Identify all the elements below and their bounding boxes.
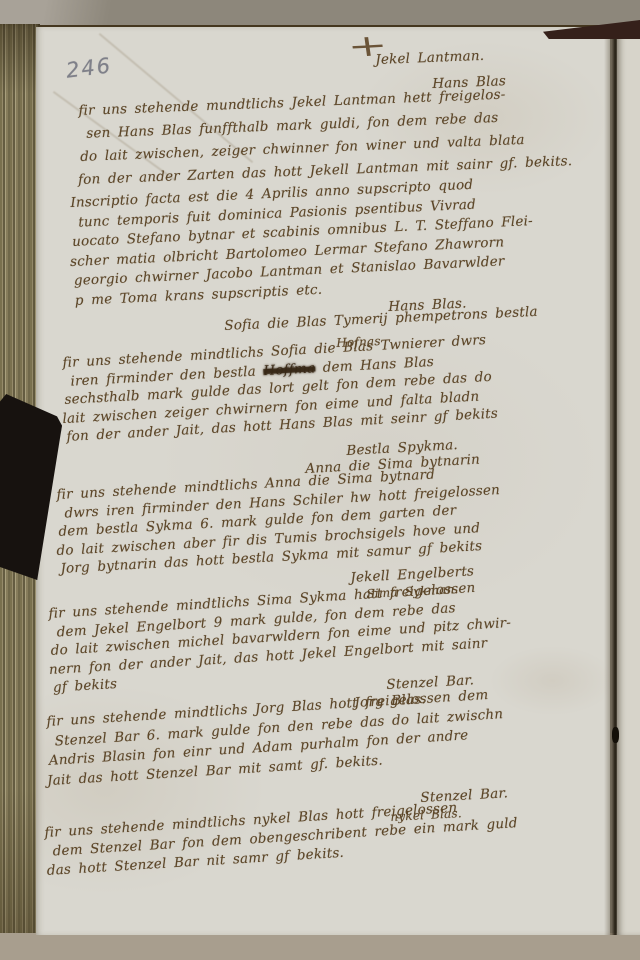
book-gutter — [604, 24, 618, 935]
entry-paragraph: fir uns stehende mindtlichs Jorg Blas ho… — [46, 685, 506, 791]
entry-paragraph: fir uns stehende mindtlichs Sofia die Bl… — [62, 331, 498, 447]
background-bottom — [0, 933, 640, 960]
manuscript-page: 246 + Jekel Lantman. Hans Blas fir uns s… — [36, 27, 610, 935]
entry-paragraph: Inscriptio facta est die 4 Aprilis anno … — [70, 173, 536, 311]
manuscript-photo: 246 + Jekel Lantman. Hans Blas fir uns s… — [0, 0, 640, 960]
folio-number: 246 — [65, 53, 114, 82]
facing-page-edge — [617, 24, 640, 935]
entry-paragraph: fir uns stehende mindtlichs Anna die Sim… — [56, 462, 503, 578]
ink-blot — [612, 727, 619, 743]
entry-heading: Sofia die Blas Tymerij phempetrons bestl… — [224, 304, 538, 334]
struck-word: Hoffma — [263, 360, 316, 379]
background-top — [0, 0, 640, 28]
entry-heading: Jekel Lantman. — [375, 48, 484, 68]
entry-paragraph: fir uns stehende mindtlichs nykel Blas h… — [44, 795, 519, 881]
